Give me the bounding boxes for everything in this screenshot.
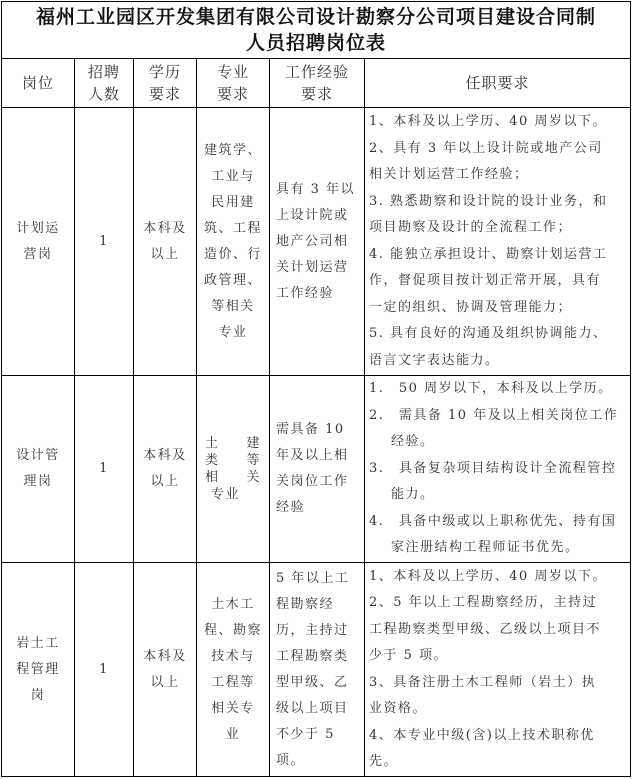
major-cell: 建筑学、工业与 民用建筑、工程 造价、行政管理、 等相关专业	[197, 108, 270, 376]
position-cell: 计划运营岗	[2, 108, 75, 376]
education-cell: 本科及以上	[134, 376, 197, 563]
table-row: 岩土工程管理 岗 1 本科及以上 土木工程、勘察 技术与工程等 相关专业 5 年…	[2, 563, 631, 777]
education-cell: 本科及以上	[134, 563, 197, 777]
education-cell: 本科及以上	[134, 108, 197, 376]
requirements-cell: 1、本科及以上学历、40 周岁以下。 2、具有 3 年以上设计院或地产公司 相关…	[365, 108, 631, 376]
header-row: 岗位 招聘人数 学历要求 专业要求 工作经验要求 任职要求	[2, 59, 631, 108]
table-title: 福州工业园区开发集团有限公司设计勘察分公司项目建设合同制 人员招聘岗位表	[2, 2, 631, 59]
recruitment-table: 福州工业园区开发集团有限公司设计勘察分公司项目建设合同制 人员招聘岗位表 岗位 …	[1, 1, 631, 777]
header-count: 招聘人数	[75, 59, 134, 108]
experience-cell: 5 年以上工程勘察经 历，主持过工程勘察类 型甲级、乙级以上项目 不少于 5项。	[270, 563, 365, 777]
header-position: 岗位	[2, 59, 75, 108]
header-major: 专业要求	[197, 59, 270, 108]
header-experience: 工作经验要求	[270, 59, 365, 108]
experience-cell: 需具备 10年及以上相 关岗位工作经验	[270, 376, 365, 563]
header-education: 学历要求	[134, 59, 197, 108]
title-line-1: 福州工业园区开发集团有限公司设计勘察分公司项目建设合同制	[2, 4, 630, 30]
experience-cell: 具有 3 年以上设计院或 地产公司相关计划运营 工作经验	[270, 108, 365, 376]
title-row: 福州工业园区开发集团有限公司设计勘察分公司项目建设合同制 人员招聘岗位表	[2, 2, 631, 59]
position-cell: 设计管理岗	[2, 376, 75, 563]
count-cell: 1	[75, 108, 134, 376]
major-cell: 土木工程、勘察 技术与工程等 相关专业	[197, 563, 270, 777]
major-cell: 土 类 相 建 等 关 专业	[197, 376, 270, 563]
title-line-2: 人员招聘岗位表	[2, 30, 630, 56]
position-cell: 岩土工程管理 岗	[2, 563, 75, 777]
requirements-cell: 1. 50 周岁以下，本科及以上学历。 2. 需具备 10 年及以上相关岗位工作…	[365, 376, 631, 563]
table-row: 计划运营岗 1 本科及以上 建筑学、工业与 民用建筑、工程 造价、行政管理、 等…	[2, 108, 631, 376]
count-cell: 1	[75, 563, 134, 777]
recruitment-position-table-document: 福州工业园区开发集团有限公司设计勘察分公司项目建设合同制 人员招聘岗位表 岗位 …	[0, 0, 632, 779]
header-requirements: 任职要求	[365, 59, 631, 108]
count-cell: 1	[75, 376, 134, 563]
requirements-cell: 1、本科及以上学历、40 周岁以下。 2、5 年以上工程勘察经历，主持过 工程勘…	[365, 563, 631, 777]
table-row: 设计管理岗 1 本科及以上 土 类 相 建 等 关 专业 需具备 10年及以	[2, 376, 631, 563]
